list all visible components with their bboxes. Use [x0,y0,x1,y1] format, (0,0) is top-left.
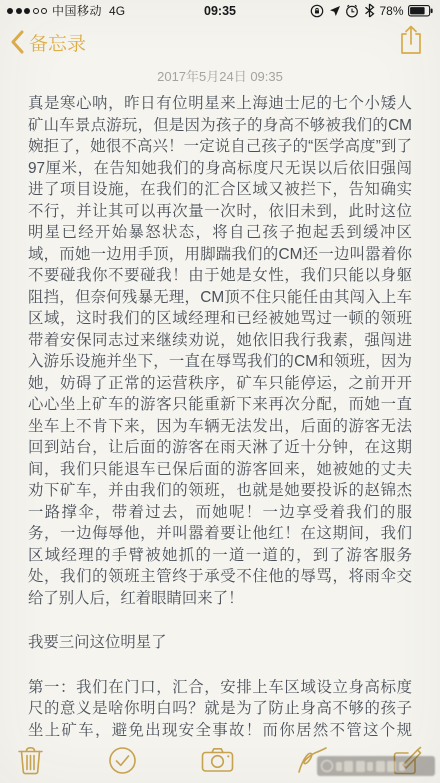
nav-bar: 备忘录 [0,21,440,63]
note-paragraph: 第一：我们在门口，汇合，安排上车区域设立身高标度尺的意义是啥你明白吗？就是为了防… [28,677,412,739]
share-button[interactable] [398,24,424,61]
checklist-button[interactable] [108,746,137,775]
share-icon [398,24,424,56]
notes-app-screen: 中国移动 4G 09:35 78% [0,0,440,783]
camera-icon [201,747,234,773]
note-date: 2017年5月24日 09:35 [0,66,440,85]
battery-percent-label: 78% [379,4,403,18]
note-paragraph: 我要三问这位明星了 [28,632,412,654]
chevron-left-icon [10,30,24,54]
trash-icon [17,745,44,776]
network-type-label: 4G [109,4,125,18]
delete-note-button[interactable] [17,745,44,776]
note-content[interactable]: 真是寒心呐，昨日有位明星来上海迪士尼的七个小矮人矿山车景点游玩，但是因为孩子的身… [28,93,412,738]
carrier-label: 中国移动 [52,2,102,19]
check-circle-icon [108,746,137,775]
note-paragraph: 真是寒心呐，昨日有位明星来上海迪士尼的七个小矮人矿山车景点游玩，但是因为孩子的身… [28,93,412,609]
alarm-icon [345,4,359,18]
battery-icon [408,5,433,17]
status-bar: 中国移动 4G 09:35 78% [0,0,440,21]
rotation-lock-icon [310,4,324,18]
location-icon [329,5,341,17]
back-button-label: 备忘录 [29,29,86,56]
bluetooth-icon [364,3,375,18]
back-button[interactable]: 备忘录 [10,29,86,56]
camera-button[interactable] [201,747,234,773]
signal-strength-icon [7,8,47,14]
weibo-watermark [317,756,435,776]
